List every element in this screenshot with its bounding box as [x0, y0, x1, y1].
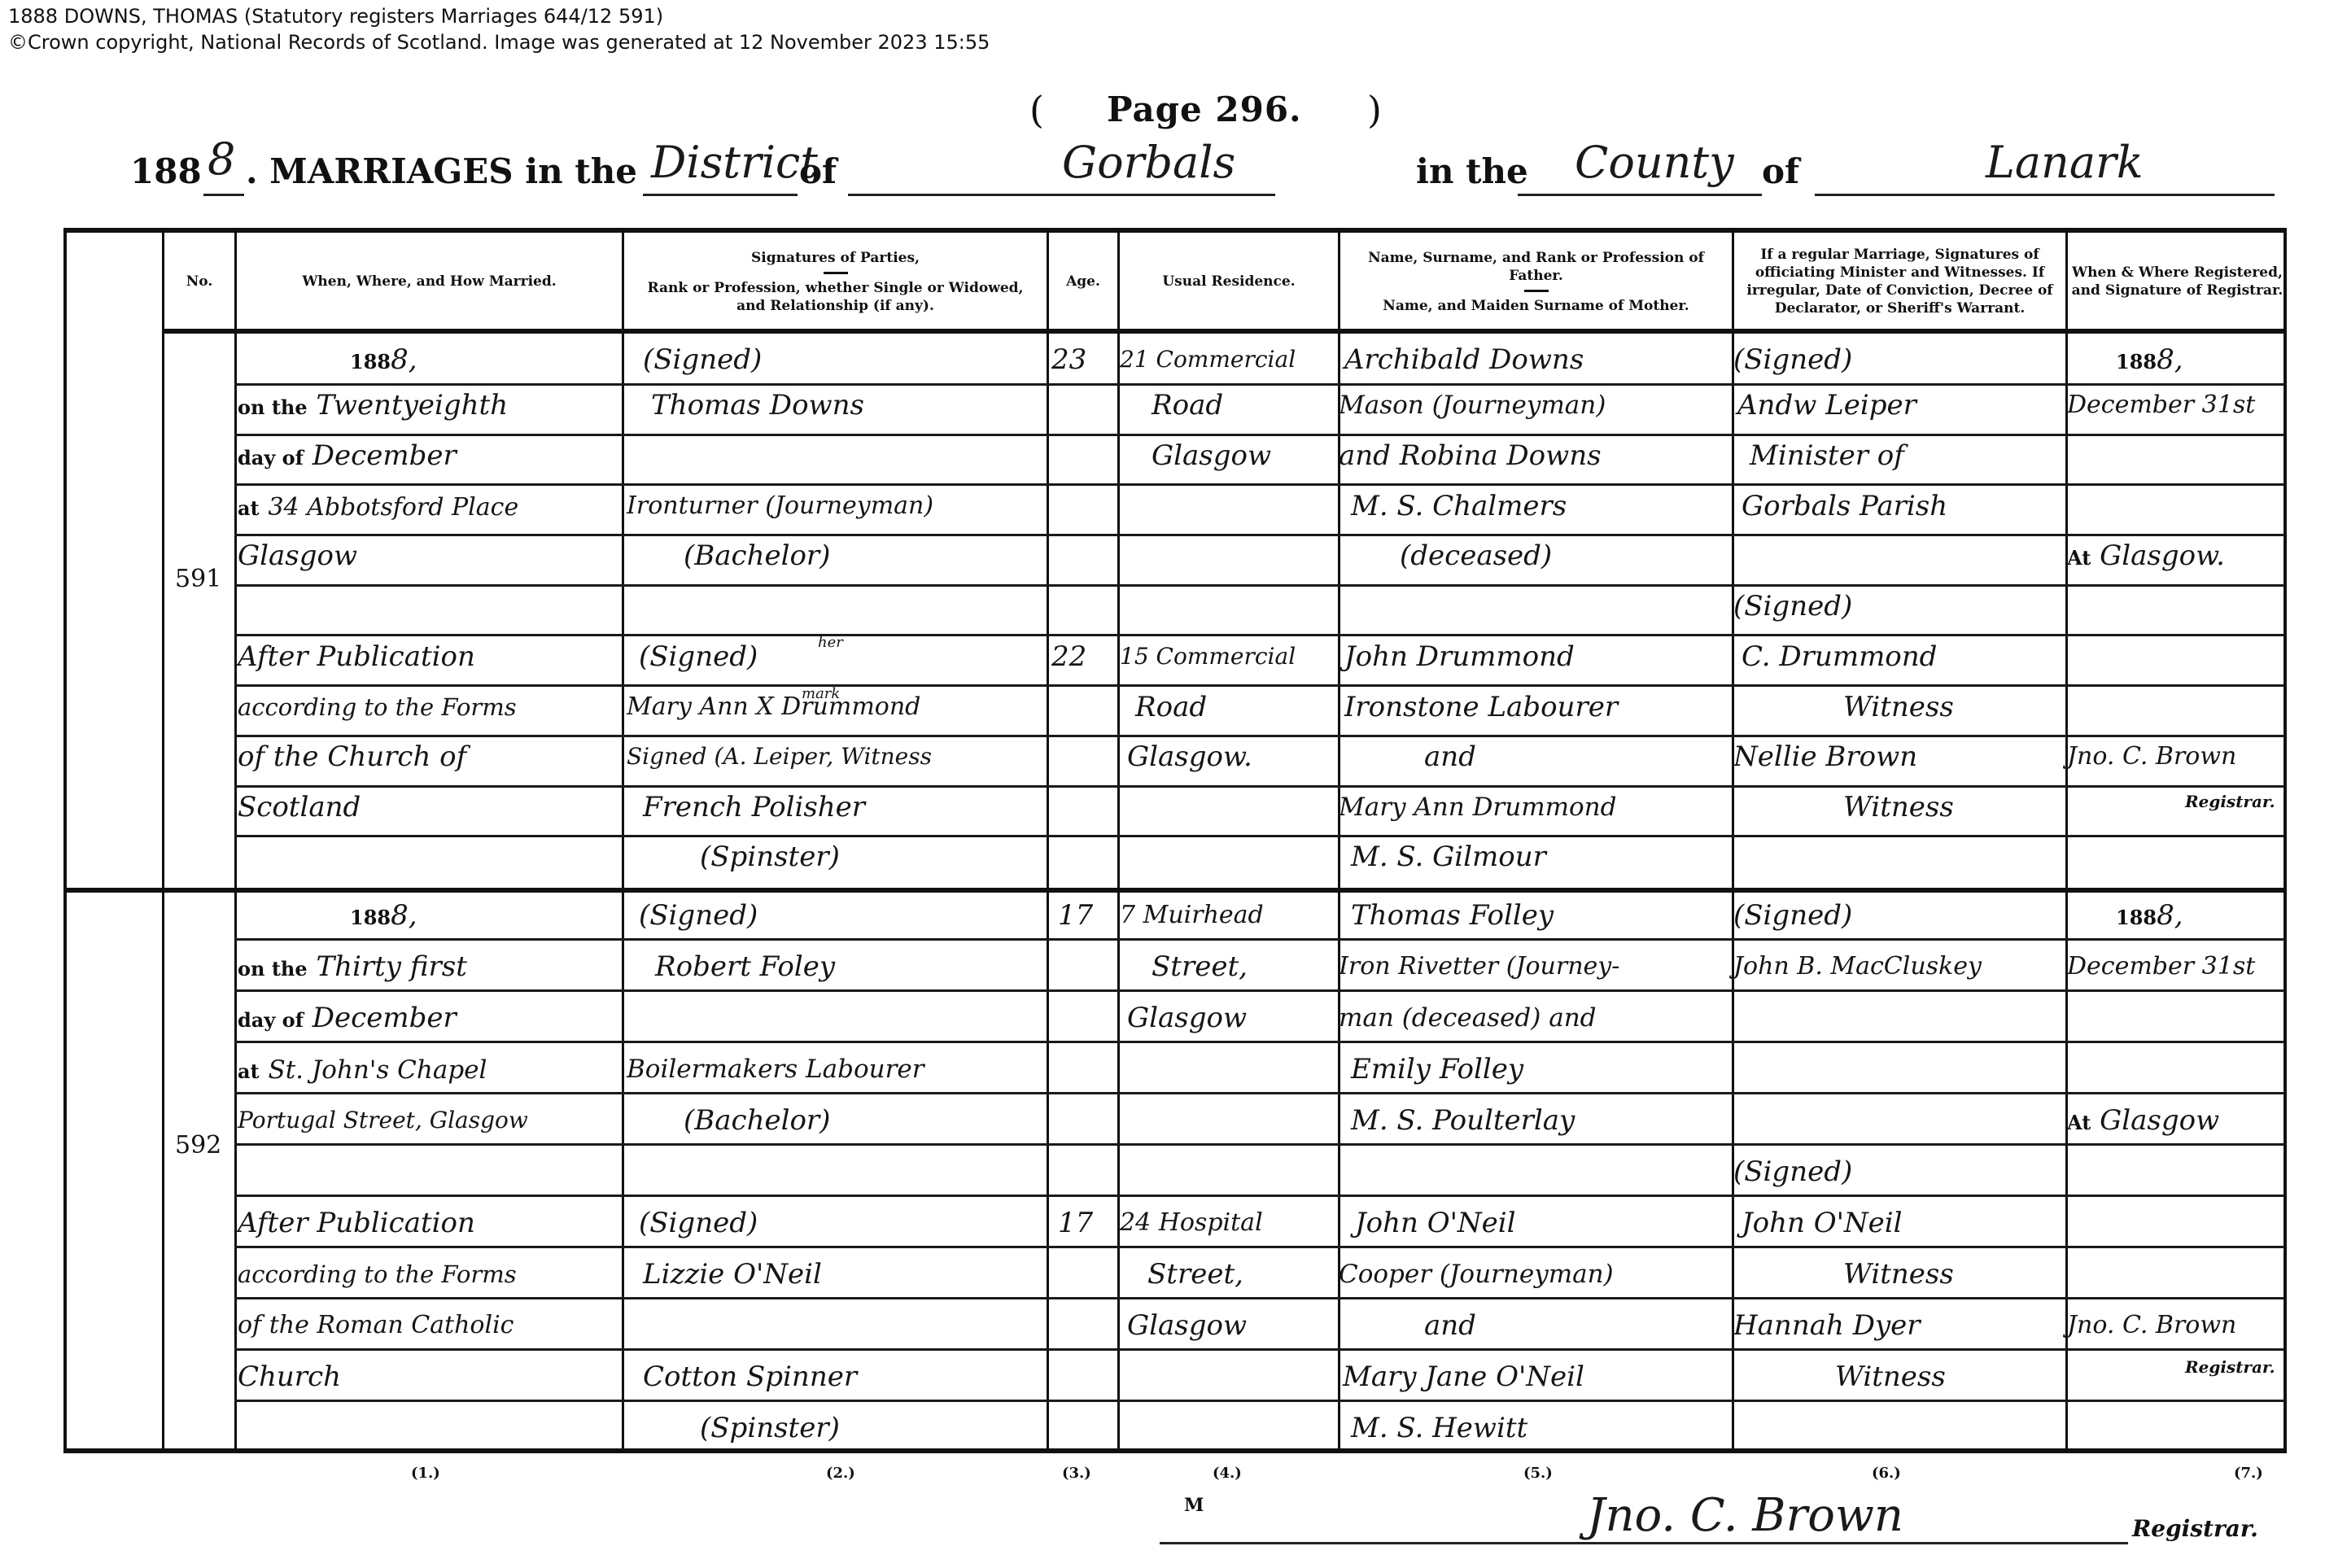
- witness-1-name: John O'Neil: [1742, 1207, 1903, 1239]
- groom-occupation: Boilermakers Labourer: [627, 1053, 924, 1085]
- column-number-3: (3.): [1062, 1465, 1091, 1482]
- registrar-signature: Jno. C. Brown: [2067, 740, 2236, 773]
- bride-residence-3: Glasgow.: [1127, 740, 1252, 773]
- groom-mother-name: Emily Folley: [1351, 1053, 1523, 1085]
- bride-occupation: French Polisher: [643, 791, 865, 823]
- header-parents: Name, Surname, and Rank or Profession of…: [1340, 233, 1732, 330]
- witness-2-label: Witness: [1835, 1361, 1946, 1393]
- groom-status: (Bachelor): [684, 1104, 830, 1137]
- groom-signed: (Signed): [643, 343, 762, 376]
- groom-father-occupation: Mason (Journeyman): [1339, 389, 1606, 421]
- col-divider: [234, 233, 237, 1448]
- col-divider: [622, 233, 624, 1448]
- registrar-label: Registrar.: [2185, 785, 2275, 818]
- bride-father-occupation: Ironstone Labourer: [1344, 691, 1618, 723]
- column-number-2: (2.): [826, 1465, 855, 1482]
- minister-title-1: Minister of: [1750, 439, 1904, 472]
- copyright-notice: ©Crown copyright, National Records of Sc…: [8, 31, 990, 54]
- bride-mark-witness: Signed (A. Leiper, Witness: [627, 740, 932, 773]
- groom-father-occupation: Iron Rivetter (Journey-: [1339, 950, 1619, 983]
- record-title: 1888 DOWNS, THOMAS (Statutory registers …: [8, 5, 663, 28]
- groom-mother-name: and Robina Downs: [1339, 439, 1602, 472]
- groom-mother-maiden: M. S. Poulterlay: [1351, 1104, 1575, 1137]
- groom-occupation: Ironturner (Journeyman): [627, 490, 933, 522]
- entry-divider: [67, 888, 2283, 893]
- column-number-6: (6.): [1872, 1465, 1901, 1482]
- when-day: on the Twentyeighth: [238, 389, 508, 424]
- heading-district-word: District: [651, 137, 818, 188]
- how-married-4: Church: [238, 1361, 341, 1393]
- column-number-7: (7.): [2234, 1465, 2263, 1482]
- bride-age: 17: [1058, 1207, 1093, 1239]
- how-married-3: of the Roman Catholic: [238, 1309, 514, 1342]
- witness-2-name: Hannah Dyer: [1733, 1309, 1921, 1342]
- how-married-1: After Publication: [238, 1207, 475, 1239]
- where-place: at St. John's Chapel: [238, 1053, 487, 1088]
- how-married-2: according to the Forms: [238, 691, 517, 723]
- witness-signed: (Signed): [1733, 590, 1852, 622]
- when-year: 1888,: [350, 343, 417, 378]
- minister-name: Andw Leiper: [1737, 389, 1916, 421]
- when-month: day of December: [238, 1002, 457, 1037]
- groom-age: 17: [1058, 899, 1093, 932]
- heading-county-name: Lanark: [1986, 137, 2144, 188]
- bride-residence-2: Street,: [1147, 1258, 1243, 1291]
- bride-signed: (Signed): [639, 640, 758, 673]
- heading-year-digit: 8: [208, 133, 235, 185]
- groom-age: 23: [1051, 343, 1086, 376]
- register-heading: 188 8 . MARRIAGES in the District of Gor…: [130, 145, 2279, 202]
- registered-date: December 31st: [2067, 950, 2255, 983]
- footer-registrar-label: Registrar.: [2132, 1515, 2258, 1542]
- header-residence: Usual Residence.: [1120, 233, 1338, 330]
- bride-age: 22: [1051, 640, 1086, 673]
- how-married-1: After Publication: [238, 640, 475, 673]
- minister-title-2: Gorbals Parish: [1742, 490, 1947, 522]
- bride-parents-and: and: [1424, 740, 1476, 773]
- registered-place: At Glasgow.: [2067, 539, 2225, 574]
- bride-mother-name: Mary Jane O'Neil: [1343, 1361, 1584, 1393]
- bride-signed: (Signed): [639, 1207, 758, 1239]
- groom-residence-3: Glasgow: [1152, 439, 1271, 472]
- bride-parents-and: and: [1424, 1309, 1476, 1342]
- heading-district-name: Gorbals: [1062, 137, 1235, 188]
- groom-name: Robert Foley: [655, 950, 835, 983]
- witness-1-label: Witness: [1843, 1258, 1954, 1291]
- header-divider: [162, 329, 2283, 334]
- bride-father-name: John O'Neil: [1355, 1207, 1516, 1239]
- bride-name: Mary Ann X Drummond: [627, 691, 920, 723]
- groom-residence-1: 21 Commercial: [1120, 343, 1296, 376]
- bride-status: (Spinster): [700, 1412, 840, 1444]
- groom-status: (Bachelor): [684, 539, 830, 572]
- how-married-4: Scotland: [238, 791, 361, 823]
- groom-father-name: Thomas Folley: [1351, 899, 1554, 932]
- bride-residence-1: 15 Commercial: [1120, 640, 1296, 673]
- header-registered: When & Where Registered, and Signature o…: [2068, 233, 2287, 330]
- officiant-signed: (Signed): [1733, 899, 1852, 932]
- col-divider: [1732, 233, 1734, 1448]
- heading-marriages-label: . MARRIAGES in the: [246, 151, 637, 191]
- bride-residence-2: Road: [1135, 691, 1207, 723]
- column-number-1: (1.): [411, 1465, 440, 1482]
- groom-residence-3: Glasgow: [1127, 1002, 1247, 1034]
- where-city: Glasgow: [238, 539, 357, 572]
- col-divider: [1047, 233, 1049, 1448]
- bride-name: Lizzie O'Neil: [643, 1258, 822, 1291]
- bride-mother-maiden: M. S. Gilmour: [1351, 841, 1546, 873]
- groom-signed: (Signed): [639, 899, 758, 932]
- page-paren-open: (: [1029, 88, 1044, 132]
- entry-number: 592: [175, 1129, 221, 1162]
- how-married-3: of the Church of: [238, 740, 466, 773]
- heading-of-2: of: [1762, 151, 1799, 191]
- bride-mother-maiden: M. S. Hewitt: [1351, 1412, 1527, 1444]
- col-divider: [1117, 233, 1120, 1448]
- col-divider: [162, 233, 164, 1448]
- groom-father-name: Archibald Downs: [1344, 343, 1584, 376]
- bride-mother-name: Mary Ann Drummond: [1339, 791, 1616, 823]
- groom-mother-maiden: M. S. Chalmers: [1351, 490, 1567, 522]
- heading-in-the: in the: [1416, 151, 1528, 191]
- witness-signed: (Signed): [1733, 1155, 1852, 1188]
- column-number-4: (4.): [1213, 1465, 1242, 1482]
- page-paren-close: ): [1367, 88, 1382, 132]
- header-minister-witnesses: If a regular Marriage, Signatures of off…: [1734, 233, 2065, 330]
- bride-residence-3: Glasgow: [1127, 1309, 1247, 1342]
- column-number-5: (5.): [1523, 1465, 1553, 1482]
- registered-date: December 31st: [2067, 389, 2255, 421]
- where-city: Portugal Street, Glasgow: [238, 1104, 528, 1137]
- bride-mark-mark: mark: [802, 678, 840, 710]
- footer-signature-line: [1160, 1542, 2128, 1544]
- registered-place: At Glasgow: [2067, 1104, 2219, 1139]
- header-age: Age.: [1049, 233, 1117, 330]
- registrar-signature: Jno. C. Brown: [2067, 1309, 2236, 1342]
- witness-1-label: Witness: [1843, 691, 1954, 723]
- when-year: 1888,: [350, 899, 417, 934]
- header-signatures: Signatures of Parties,Rank or Profession…: [624, 233, 1047, 330]
- groom-name: Thomas Downs: [651, 389, 864, 421]
- heading-county-word: County: [1575, 137, 1734, 188]
- page-number: Page 296.: [1107, 90, 1302, 129]
- heading-of-1: of: [799, 151, 837, 191]
- margin-mark: M: [1184, 1495, 1204, 1516]
- bride-father-name: John Drummond: [1344, 640, 1575, 673]
- bride-mark-her: her: [818, 627, 843, 659]
- officiant-signed: (Signed): [1733, 343, 1852, 376]
- bride-father-occupation: Cooper (Journeyman): [1339, 1258, 1614, 1291]
- entry-number: 591: [175, 563, 221, 596]
- when-day: on the Thirty first: [238, 950, 467, 985]
- groom-mother-status: (deceased): [1400, 539, 1552, 572]
- registered-year: 1888,: [2116, 343, 2183, 378]
- witness-2-name: Nellie Brown: [1733, 740, 1917, 773]
- bride-residence-1: 24 Hospital: [1120, 1207, 1263, 1239]
- bride-status: (Spinster): [700, 841, 840, 873]
- when-month: day of December: [238, 439, 457, 474]
- bride-occupation: Cotton Spinner: [643, 1361, 857, 1393]
- groom-residence-2: Road: [1152, 389, 1223, 421]
- registered-year: 1888,: [2116, 899, 2183, 934]
- header-no: No.: [164, 233, 234, 330]
- header-when-where-how: When, Where, and How Married.: [237, 233, 622, 330]
- groom-residence-1: 7 Muirhead: [1120, 899, 1264, 932]
- how-married-2: according to the Forms: [238, 1258, 517, 1291]
- groom-father-occupation-2: man (deceased) and: [1339, 1002, 1597, 1034]
- witness-2-label: Witness: [1843, 791, 1954, 823]
- groom-residence-2: Street,: [1152, 950, 1248, 983]
- registrar-label: Registrar.: [2185, 1351, 2275, 1383]
- minister-name: John B. MacCluskey: [1733, 950, 1982, 983]
- heading-year-prefix: 188: [130, 151, 202, 191]
- where-place: at 34 Abbotsford Place: [238, 490, 518, 525]
- witness-1-name: C. Drummond: [1742, 640, 1937, 673]
- footer-registrar-signature: Jno. C. Brown: [1587, 1489, 1903, 1542]
